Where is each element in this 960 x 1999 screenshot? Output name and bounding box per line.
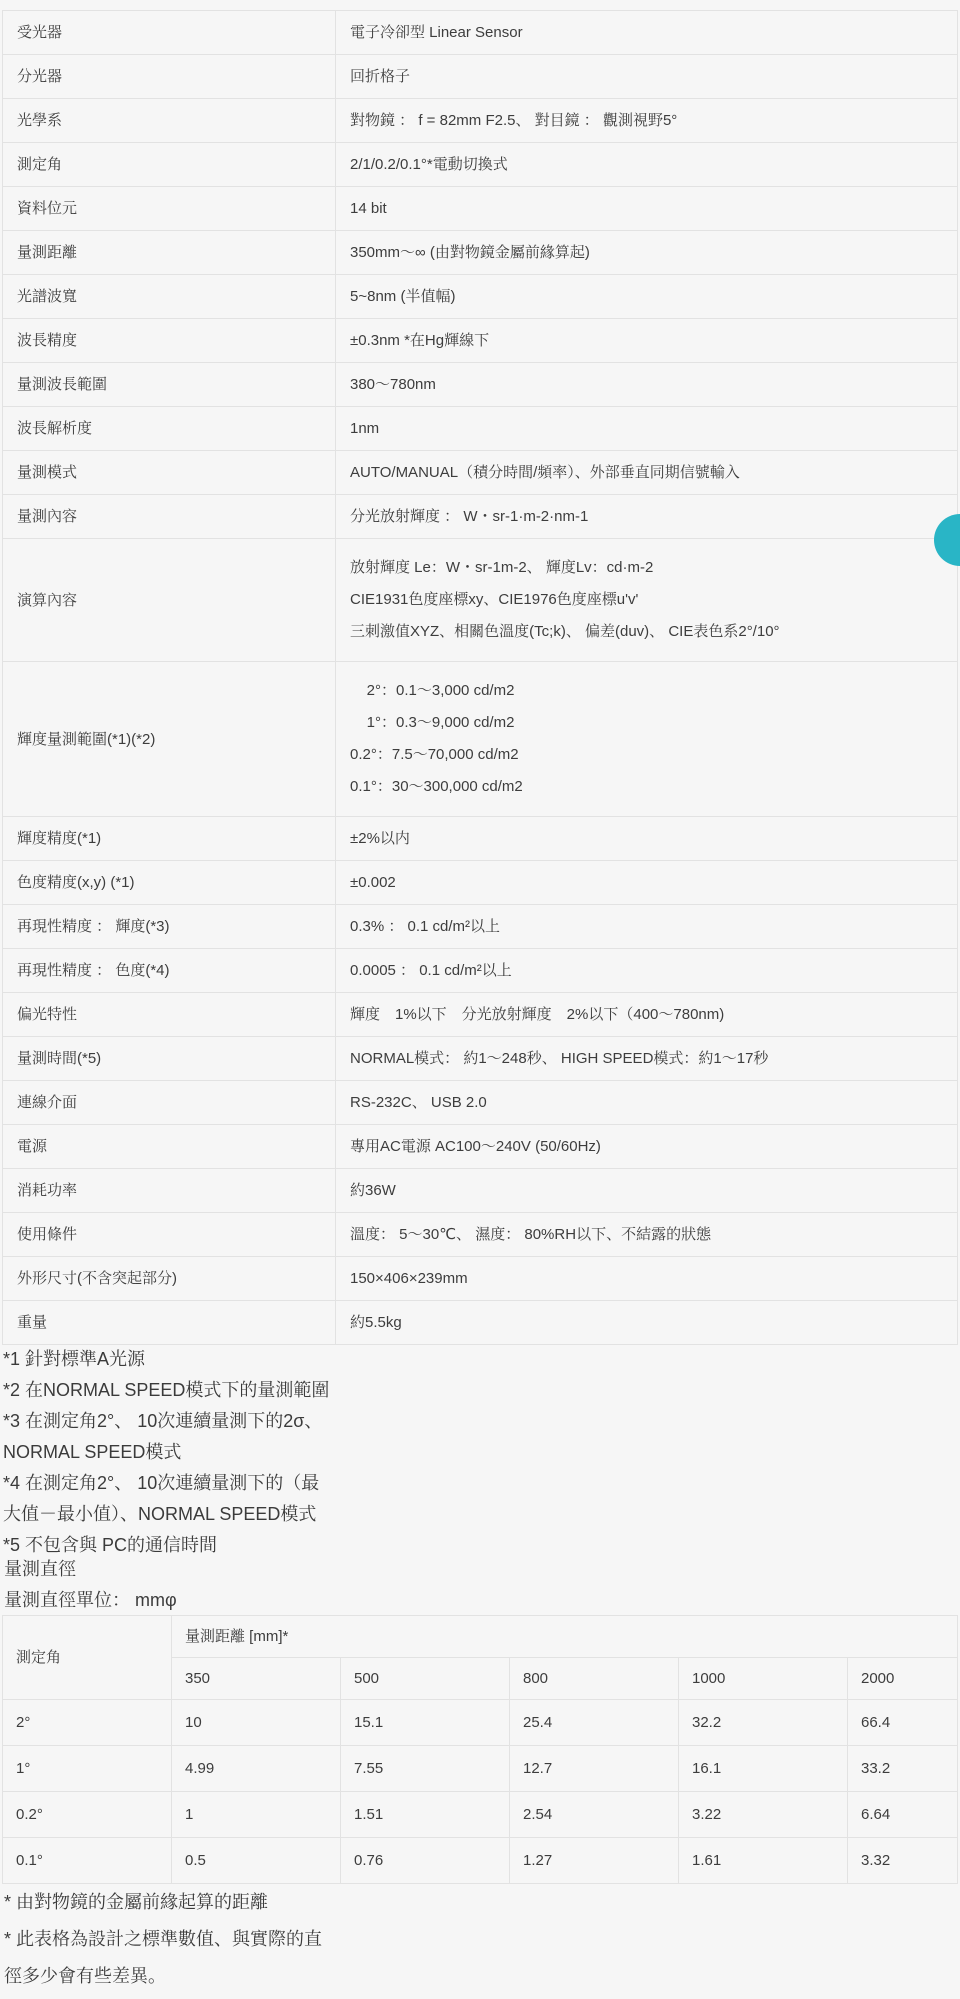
spec-label: 波長精度 (3, 319, 336, 363)
spec-label: 量測內容 (3, 495, 336, 539)
angle-cell: 1° (3, 1746, 172, 1792)
spec-row: 波長解析度1nm (3, 407, 958, 451)
corner-header: 測定角 (3, 1616, 172, 1700)
table-footnote-line: * 由對物鏡的金屬前緣起算的距離 (4, 1884, 509, 1921)
spec-footnotes: *1 針對標準A光源*2 在NORMAL SPEED模式下的量測範圍*3 在測定… (3, 1344, 528, 1561)
spec-row: 連線介面RS-232C、 USB 2.0 (3, 1081, 958, 1125)
spec-value: 約36W (336, 1169, 958, 1213)
spec-value: 5~8nm (半值幅) (336, 275, 958, 319)
diameter-value-cell: 1.51 (341, 1792, 510, 1838)
spec-value: 150×406×239mm (336, 1257, 958, 1301)
distance-header: 350 (172, 1658, 341, 1700)
spec-row: 受光器電子冷卻型 Linear Sensor (3, 11, 958, 55)
spec-value: 350mm～∞ (由對物鏡金屬前緣算起) (336, 231, 958, 275)
spec-label: 演算內容 (3, 539, 336, 662)
spec-label: 波長解析度 (3, 407, 336, 451)
spec-label: 重量 (3, 1301, 336, 1345)
spec-label: 輝度量測範圍(*1)(*2) (3, 662, 336, 817)
diameter-value-cell: 10 (172, 1700, 341, 1746)
spec-label: 再現性精度 ： 輝度(*3) (3, 905, 336, 949)
diameter-value-cell: 66.4 (848, 1700, 958, 1746)
diameter-table-footnotes: * 由對物鏡的金屬前緣起算的距離* 此表格為設計之標準數值、與實際的直 徑多少會… (4, 1884, 509, 1995)
angle-cell: 2° (3, 1700, 172, 1746)
diameter-value-cell: 12.7 (510, 1746, 679, 1792)
diameter-value-cell: 0.76 (341, 1838, 510, 1884)
spec-value: 分光放射輝度 ： W・sr-1·m-2·nm-1 (336, 495, 958, 539)
diameter-value-cell: 6.64 (848, 1792, 958, 1838)
spec-row: 資料位元14 bit (3, 187, 958, 231)
spec-value: 對物鏡 ： f = 82mm F2.5、 對目鏡 ： 觀測視野5° (336, 99, 958, 143)
spec-label: 色度精度(x,y) (*1) (3, 861, 336, 905)
table-footnote-line: * 此表格為設計之標準數值、與實際的直 徑多少會有些差異。 (4, 1921, 509, 1995)
spec-value: 2°：0.1～3,000 cd/m2 1°：0.3～9,000 cd/m2 0.… (336, 662, 958, 817)
spec-row: 演算內容放射輝度 Le：W・sr-1m-2、 輝度Lv：cd·m-2 CIE19… (3, 539, 958, 662)
spec-row: 電源專用AC電源 AC100～240V (50/60Hz) (3, 1125, 958, 1169)
spec-value: 0.0005 ： 0.1 cd/m²以上 (336, 949, 958, 993)
spec-row: 量測距離350mm～∞ (由對物鏡金屬前緣算起) (3, 231, 958, 275)
diameter-row: 1°4.997.5512.716.133.2 (3, 1746, 958, 1792)
spec-value: 0.3% ： 0.1 cd/m²以上 (336, 905, 958, 949)
spec-row: 量測波長範圍380～780nm (3, 363, 958, 407)
angle-cell: 0.1° (3, 1838, 172, 1884)
spec-label: 量測模式 (3, 451, 336, 495)
diameter-value-cell: 7.55 (341, 1746, 510, 1792)
spec-label: 量測波長範圍 (3, 363, 336, 407)
spec-label: 消耗功率 (3, 1169, 336, 1213)
spec-label: 測定角 (3, 143, 336, 187)
spec-value: ±0.3nm *在Hg輝線下 (336, 319, 958, 363)
spec-value: 1nm (336, 407, 958, 451)
diameter-row: 0.1°0.50.761.271.613.32 (3, 1838, 958, 1884)
diameter-value-cell: 3.32 (848, 1838, 958, 1884)
spec-label: 使用條件 (3, 1213, 336, 1257)
spec-value: 輝度 1%以下 分光放射輝度 2%以下（400～780nm) (336, 993, 958, 1037)
diameter-row: 2°1015.125.432.266.4 (3, 1700, 958, 1746)
spec-value: AUTO/MANUAL（積分時間/頻率）、外部垂直同期信號輸入 (336, 451, 958, 495)
group-header: 量測距離 [mm]* (172, 1616, 958, 1658)
diameter-value-cell: 32.2 (679, 1700, 848, 1746)
angle-cell: 0.2° (3, 1792, 172, 1838)
distance-header: 800 (510, 1658, 679, 1700)
spec-label: 分光器 (3, 55, 336, 99)
section-unit-line: 量測直徑單位： mmφ (4, 1585, 177, 1616)
spec-value: ±0.002 (336, 861, 958, 905)
section-title: 量測直徑 (4, 1554, 76, 1585)
diameter-value-cell: 15.1 (341, 1700, 510, 1746)
footnote-line: *1 針對標準A光源 (3, 1344, 528, 1375)
diameter-value-cell: 1.27 (510, 1838, 679, 1884)
spec-row: 色度精度(x,y) (*1)±0.002 (3, 861, 958, 905)
spec-label: 量測時間(*5) (3, 1037, 336, 1081)
spec-label: 再現性精度 ： 色度(*4) (3, 949, 336, 993)
spec-value: 放射輝度 Le：W・sr-1m-2、 輝度Lv：cd·m-2 CIE1931色度… (336, 539, 958, 662)
spec-label: 連線介面 (3, 1081, 336, 1125)
spec-label: 電源 (3, 1125, 336, 1169)
diameter-value-cell: 16.1 (679, 1746, 848, 1792)
spec-row: 測定角2/1/0.2/0.1°*電動切換式 (3, 143, 958, 187)
spec-row: 量測內容分光放射輝度 ： W・sr-1·m-2·nm-1 (3, 495, 958, 539)
spec-value: 電子冷卻型 Linear Sensor (336, 11, 958, 55)
spec-value: 14 bit (336, 187, 958, 231)
spec-label: 量測距離 (3, 231, 336, 275)
diameter-value-cell: 1.61 (679, 1838, 848, 1884)
spec-label: 輝度精度(*1) (3, 817, 336, 861)
diameter-value-cell: 33.2 (848, 1746, 958, 1792)
spec-value: 380～780nm (336, 363, 958, 407)
footnote-line: *4 在測定角2°、 10次連續量測下的（最 大值－最小值）、NORMAL SP… (3, 1468, 528, 1530)
spec-row: 量測模式AUTO/MANUAL（積分時間/頻率）、外部垂直同期信號輸入 (3, 451, 958, 495)
spec-row: 外形尺寸(不含突起部分)150×406×239mm (3, 1257, 958, 1301)
spec-row: 重量約5.5kg (3, 1301, 958, 1345)
diameter-row: 0.2°11.512.543.226.64 (3, 1792, 958, 1838)
spec-label: 外形尺寸(不含突起部分) (3, 1257, 336, 1301)
diameter-value-cell: 1 (172, 1792, 341, 1838)
distance-header: 2000 (848, 1658, 958, 1700)
diameter-table: 測定角 量測距離 [mm]* 35050080010002000 2°1015.… (2, 1615, 958, 1884)
spec-row: 再現性精度 ： 色度(*4)0.0005 ： 0.1 cd/m²以上 (3, 949, 958, 993)
spec-row: 光學系對物鏡 ： f = 82mm F2.5、 對目鏡 ： 觀測視野5° (3, 99, 958, 143)
footnote-line: *2 在NORMAL SPEED模式下的量測範圍 (3, 1375, 528, 1406)
spec-value: 2/1/0.2/0.1°*電動切換式 (336, 143, 958, 187)
spec-value: 回折格子 (336, 55, 958, 99)
spec-label: 光譜波寬 (3, 275, 336, 319)
spec-value: 專用AC電源 AC100～240V (50/60Hz) (336, 1125, 958, 1169)
spec-row: 光譜波寬5~8nm (半值幅) (3, 275, 958, 319)
diameter-header-row: 測定角 量測距離 [mm]* (3, 1616, 958, 1658)
spec-row: 輝度量測範圍(*1)(*2) 2°：0.1～3,000 cd/m2 1°：0.3… (3, 662, 958, 817)
spec-label: 偏光特性 (3, 993, 336, 1037)
footnote-line: *3 在測定角2°、 10次連續量測下的2σ、 NORMAL SPEED模式 (3, 1406, 528, 1468)
spec-row: 分光器回折格子 (3, 55, 958, 99)
spec-row: 消耗功率約36W (3, 1169, 958, 1213)
spec-row: 偏光特性輝度 1%以下 分光放射輝度 2%以下（400～780nm) (3, 993, 958, 1037)
spec-value: 溫度： 5～30℃、 濕度： 80%RH以下、不結露的狀態 (336, 1213, 958, 1257)
spec-value: NORMAL模式： 約1～248秒、 HIGH SPEED模式：約1～17秒 (336, 1037, 958, 1081)
spec-row: 量測時間(*5)NORMAL模式： 約1～248秒、 HIGH SPEED模式：… (3, 1037, 958, 1081)
diameter-value-cell: 4.99 (172, 1746, 341, 1792)
diameter-value-cell: 0.5 (172, 1838, 341, 1884)
spec-row: 使用條件溫度： 5～30℃、 濕度： 80%RH以下、不結露的狀態 (3, 1213, 958, 1257)
distance-header: 500 (341, 1658, 510, 1700)
spec-page: 受光器電子冷卻型 Linear Sensor分光器回折格子光學系對物鏡 ： f … (0, 0, 960, 1999)
spec-row: 輝度精度(*1)±2%以内 (3, 817, 958, 861)
spec-row: 波長精度±0.3nm *在Hg輝線下 (3, 319, 958, 363)
spec-value: RS-232C、 USB 2.0 (336, 1081, 958, 1125)
spec-label: 受光器 (3, 11, 336, 55)
spec-label: 資料位元 (3, 187, 336, 231)
spec-table: 受光器電子冷卻型 Linear Sensor分光器回折格子光學系對物鏡 ： f … (2, 10, 958, 1345)
distance-header: 1000 (679, 1658, 848, 1700)
spec-value: ±2%以内 (336, 817, 958, 861)
diameter-value-cell: 2.54 (510, 1792, 679, 1838)
diameter-value-cell: 25.4 (510, 1700, 679, 1746)
spec-label: 光學系 (3, 99, 336, 143)
diameter-value-cell: 3.22 (679, 1792, 848, 1838)
spec-row: 再現性精度 ： 輝度(*3)0.3% ： 0.1 cd/m²以上 (3, 905, 958, 949)
spec-value: 約5.5kg (336, 1301, 958, 1345)
footnote-line: *5 不包含與 PC的通信時間 (3, 1530, 528, 1561)
